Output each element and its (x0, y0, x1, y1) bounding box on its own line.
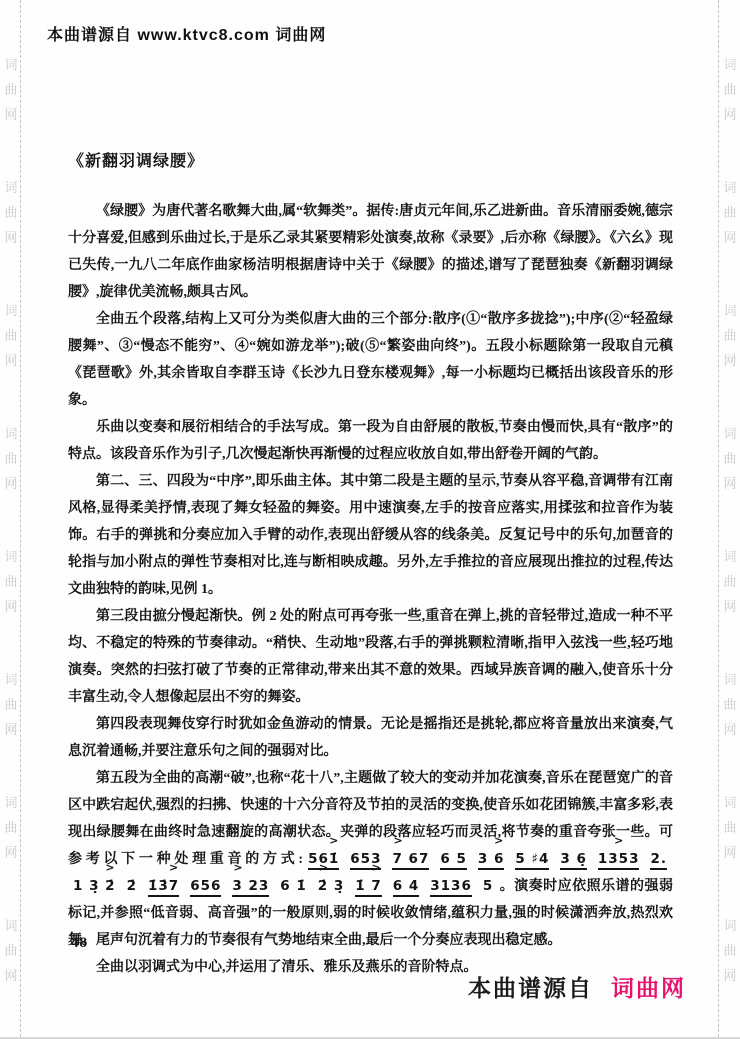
jianpu-notes: 5 ♯4 (515, 852, 549, 870)
watermark-char: 词 (722, 544, 738, 569)
watermark-char: 网 (3, 471, 19, 496)
watermark-column-left: 词曲网词曲网词曲网词曲网词曲网词曲网词曲网词曲网 (3, 52, 19, 1036)
paragraph-section1: 乐曲以变奏和展衍相结合的手法写成。第一段为自由舒展的散板,节奏由慢而快,具有“散… (68, 414, 673, 468)
watermark-group: 词曲网 (3, 544, 19, 619)
jianpu-notes: 2. (650, 852, 667, 870)
article: 《新翻羽调绿腰》 《绿腰》为唐代著名歌舞大曲,属“软舞类”。据传:唐贞元年间,乐… (68, 148, 673, 981)
watermark-char: 词 (3, 913, 19, 938)
accent-mark: > (614, 835, 623, 846)
paragraph-intro: 《绿腰》为唐代著名歌舞大曲,属“软舞类”。据传:唐贞元年间,乐乙进新曲。音乐清丽… (68, 198, 673, 306)
jianpu-notes: 1353 (598, 852, 640, 870)
paragraph-section4: 第四段表现舞伎穿行时犹如金鱼游动的情景。无论是摇指还是挑轮,都应将音量放出来演奏… (68, 711, 673, 765)
watermark-char: 曲 (3, 938, 19, 963)
watermark-group: 词曲网 (3, 913, 19, 988)
jianpu-notes: 2̇ (127, 879, 137, 895)
jianpu-group: >1̇3̇7 (148, 873, 179, 900)
watermark-group: 词曲网 (722, 52, 738, 127)
paragraph-structure: 全曲五个段落,结构上又可分为类似唐大曲的三个部分:散序(①“散序多拢捻”);中序… (68, 306, 673, 414)
watermark-char: 词 (3, 421, 19, 446)
jianpu-notes: 7 67 (392, 852, 429, 870)
jianpu-notes: 5 (483, 879, 493, 895)
watermark-group: 词曲网 (3, 667, 19, 742)
jianpu-notes: 6 1̇ (280, 879, 307, 895)
jianpu-notes: 3 23 (232, 879, 269, 897)
watermark-char: 曲 (722, 938, 738, 963)
jianpu-group: 6 1̇ (280, 873, 307, 900)
jianpu-group: 2̇ (127, 873, 137, 900)
jianpu-group: 6 4 (393, 873, 420, 900)
accent-mark: > (494, 835, 503, 846)
jianpu-notes: 3 6̣ (560, 852, 587, 870)
watermark-char: 网 (3, 840, 19, 865)
watermark-group: 词曲网 (3, 298, 19, 373)
watermark-char: 词 (3, 544, 19, 569)
accent-mark: > (319, 862, 328, 873)
jianpu-group: >2̇ 3̣ (318, 873, 345, 900)
watermark-char: 网 (722, 102, 738, 127)
article-title: 《新翻羽调绿腰》 (68, 148, 673, 171)
watermark-char: 词 (722, 667, 738, 692)
watermark-char: 网 (722, 225, 738, 250)
jianpu-group: 5 ♯4 (515, 846, 549, 873)
jianpu-group: >1̇ 7 (355, 873, 382, 900)
watermark-column-right: 词曲网词曲网词曲网词曲网词曲网词曲网词曲网词曲网 (722, 52, 738, 1036)
header-source-line: 本曲谱源自 www.ktvc8.com 词曲网 (47, 22, 326, 45)
watermark-char: 词 (3, 298, 19, 323)
watermark-group: 词曲网 (3, 421, 19, 496)
watermark-char: 曲 (3, 77, 19, 102)
watermark-char: 曲 (722, 815, 738, 840)
watermark-char: 曲 (3, 692, 19, 717)
watermark-char: 词 (722, 298, 738, 323)
accent-mark: > (169, 862, 178, 873)
jianpu-group: 2. (650, 846, 667, 873)
right-dashed-rule (718, 0, 719, 1037)
jianpu-group: 6 5 (440, 846, 467, 873)
accent-mark: > (105, 862, 114, 873)
watermark-group: 词曲网 (722, 790, 738, 865)
jianpu-group: 3136 (430, 873, 472, 900)
watermark-char: 词 (722, 52, 738, 77)
jianpu-group: >3 6 (478, 846, 505, 873)
watermark-group: 词曲网 (722, 913, 738, 988)
watermark-char: 曲 (3, 569, 19, 594)
jianpu-notes: 6 4 (393, 879, 420, 897)
jianpu-notes: 1̇ 7 (355, 879, 382, 897)
watermark-group: 词曲网 (3, 52, 19, 127)
watermark-group: 词曲网 (722, 175, 738, 250)
watermark-group: 词曲网 (722, 298, 738, 373)
watermark-char: 词 (3, 667, 19, 692)
watermark-char: 曲 (722, 446, 738, 471)
watermark-char: 词 (3, 175, 19, 200)
watermark-group: 词曲网 (722, 421, 738, 496)
watermark-char: 曲 (722, 77, 738, 102)
watermark-char: 网 (722, 471, 738, 496)
watermark-char: 曲 (3, 446, 19, 471)
watermark-char: 词 (722, 175, 738, 200)
watermark-char: 网 (722, 717, 738, 742)
watermark-char: 曲 (722, 692, 738, 717)
watermark-char: 网 (722, 840, 738, 865)
watermark-char: 网 (722, 594, 738, 619)
watermark-char: 网 (3, 717, 19, 742)
accent-mark: > (372, 862, 381, 873)
jianpu-group: 3 6̣ (560, 846, 587, 873)
watermark-group: 词曲网 (722, 667, 738, 742)
watermark-char: 网 (722, 963, 738, 988)
watermark-char: 曲 (3, 323, 19, 348)
paragraph-section2: 第二、三、四段为“中序”,即乐曲主体。其中第二段是主题的呈示,节奏从容平稳,音调… (68, 468, 673, 603)
watermark-group: 词曲网 (722, 544, 738, 619)
watermark-char: 词 (722, 913, 738, 938)
scanned-book-page: 词曲网词曲网词曲网词曲网词曲网词曲网词曲网词曲网 词曲网词曲网词曲网词曲网词曲网… (0, 0, 740, 1039)
watermark-char: 网 (722, 348, 738, 373)
watermark-char: 词 (3, 52, 19, 77)
jianpu-notes: 3136 (430, 879, 472, 897)
watermark-char: 曲 (722, 569, 738, 594)
accent-mark: > (233, 862, 242, 873)
watermark-char: 词 (3, 790, 19, 815)
page-number: 48 (71, 935, 88, 952)
watermark-char: 词 (722, 421, 738, 446)
watermark-char: 网 (3, 102, 19, 127)
jianpu-notes: 3 6 (478, 852, 505, 870)
jianpu-group: >1353 (598, 846, 640, 873)
watermark-char: 网 (3, 963, 19, 988)
jianpu-group: >3 23 (232, 873, 269, 900)
footer-source-prefix: 本曲谱源自 (468, 975, 593, 1001)
jianpu-group: 656 (190, 873, 221, 900)
watermark-char: 曲 (3, 815, 19, 840)
jianpu-notes: 656 (190, 879, 221, 897)
jianpu-group: >1 3̣ 2̇ (73, 873, 116, 900)
jianpu-notes: 1 3̣ 2̇ (73, 879, 116, 895)
jianpu-group: >7 67 (392, 846, 429, 873)
jianpu-notes: 6 5 (440, 852, 467, 870)
watermark-char: 曲 (722, 323, 738, 348)
jianpu-notes: 2̇ 3̣ (318, 879, 345, 895)
watermark-char: 网 (3, 594, 19, 619)
footer-brand: 词曲网 (611, 975, 686, 1001)
jianpu-group: 5 (483, 873, 493, 900)
jianpu-notes: 1̇3̇7 (148, 879, 179, 897)
footer-source-line: 本曲谱源自词曲网 (468, 970, 686, 1003)
paragraph-section5-with-notation: 第五段为全曲的高潮“破”,也称“花十八”,主题做了较大的变动并加花演奏,音乐在琵… (68, 765, 673, 954)
watermark-group: 词曲网 (3, 175, 19, 250)
paragraph-section3: 第三段由摭分慢起渐快。例 2 处的附点可再夸张一些,重音在弹上,挑的音轻带过,造… (68, 603, 673, 711)
watermark-char: 网 (3, 225, 19, 250)
accent-mark: > (393, 835, 402, 846)
watermark-char: 曲 (3, 200, 19, 225)
watermark-char: 曲 (722, 200, 738, 225)
watermark-char: 网 (3, 348, 19, 373)
accent-mark: > (329, 835, 338, 846)
watermark-char: 词 (722, 790, 738, 815)
left-dashed-rule (20, 0, 21, 1037)
watermark-group: 词曲网 (3, 790, 19, 865)
